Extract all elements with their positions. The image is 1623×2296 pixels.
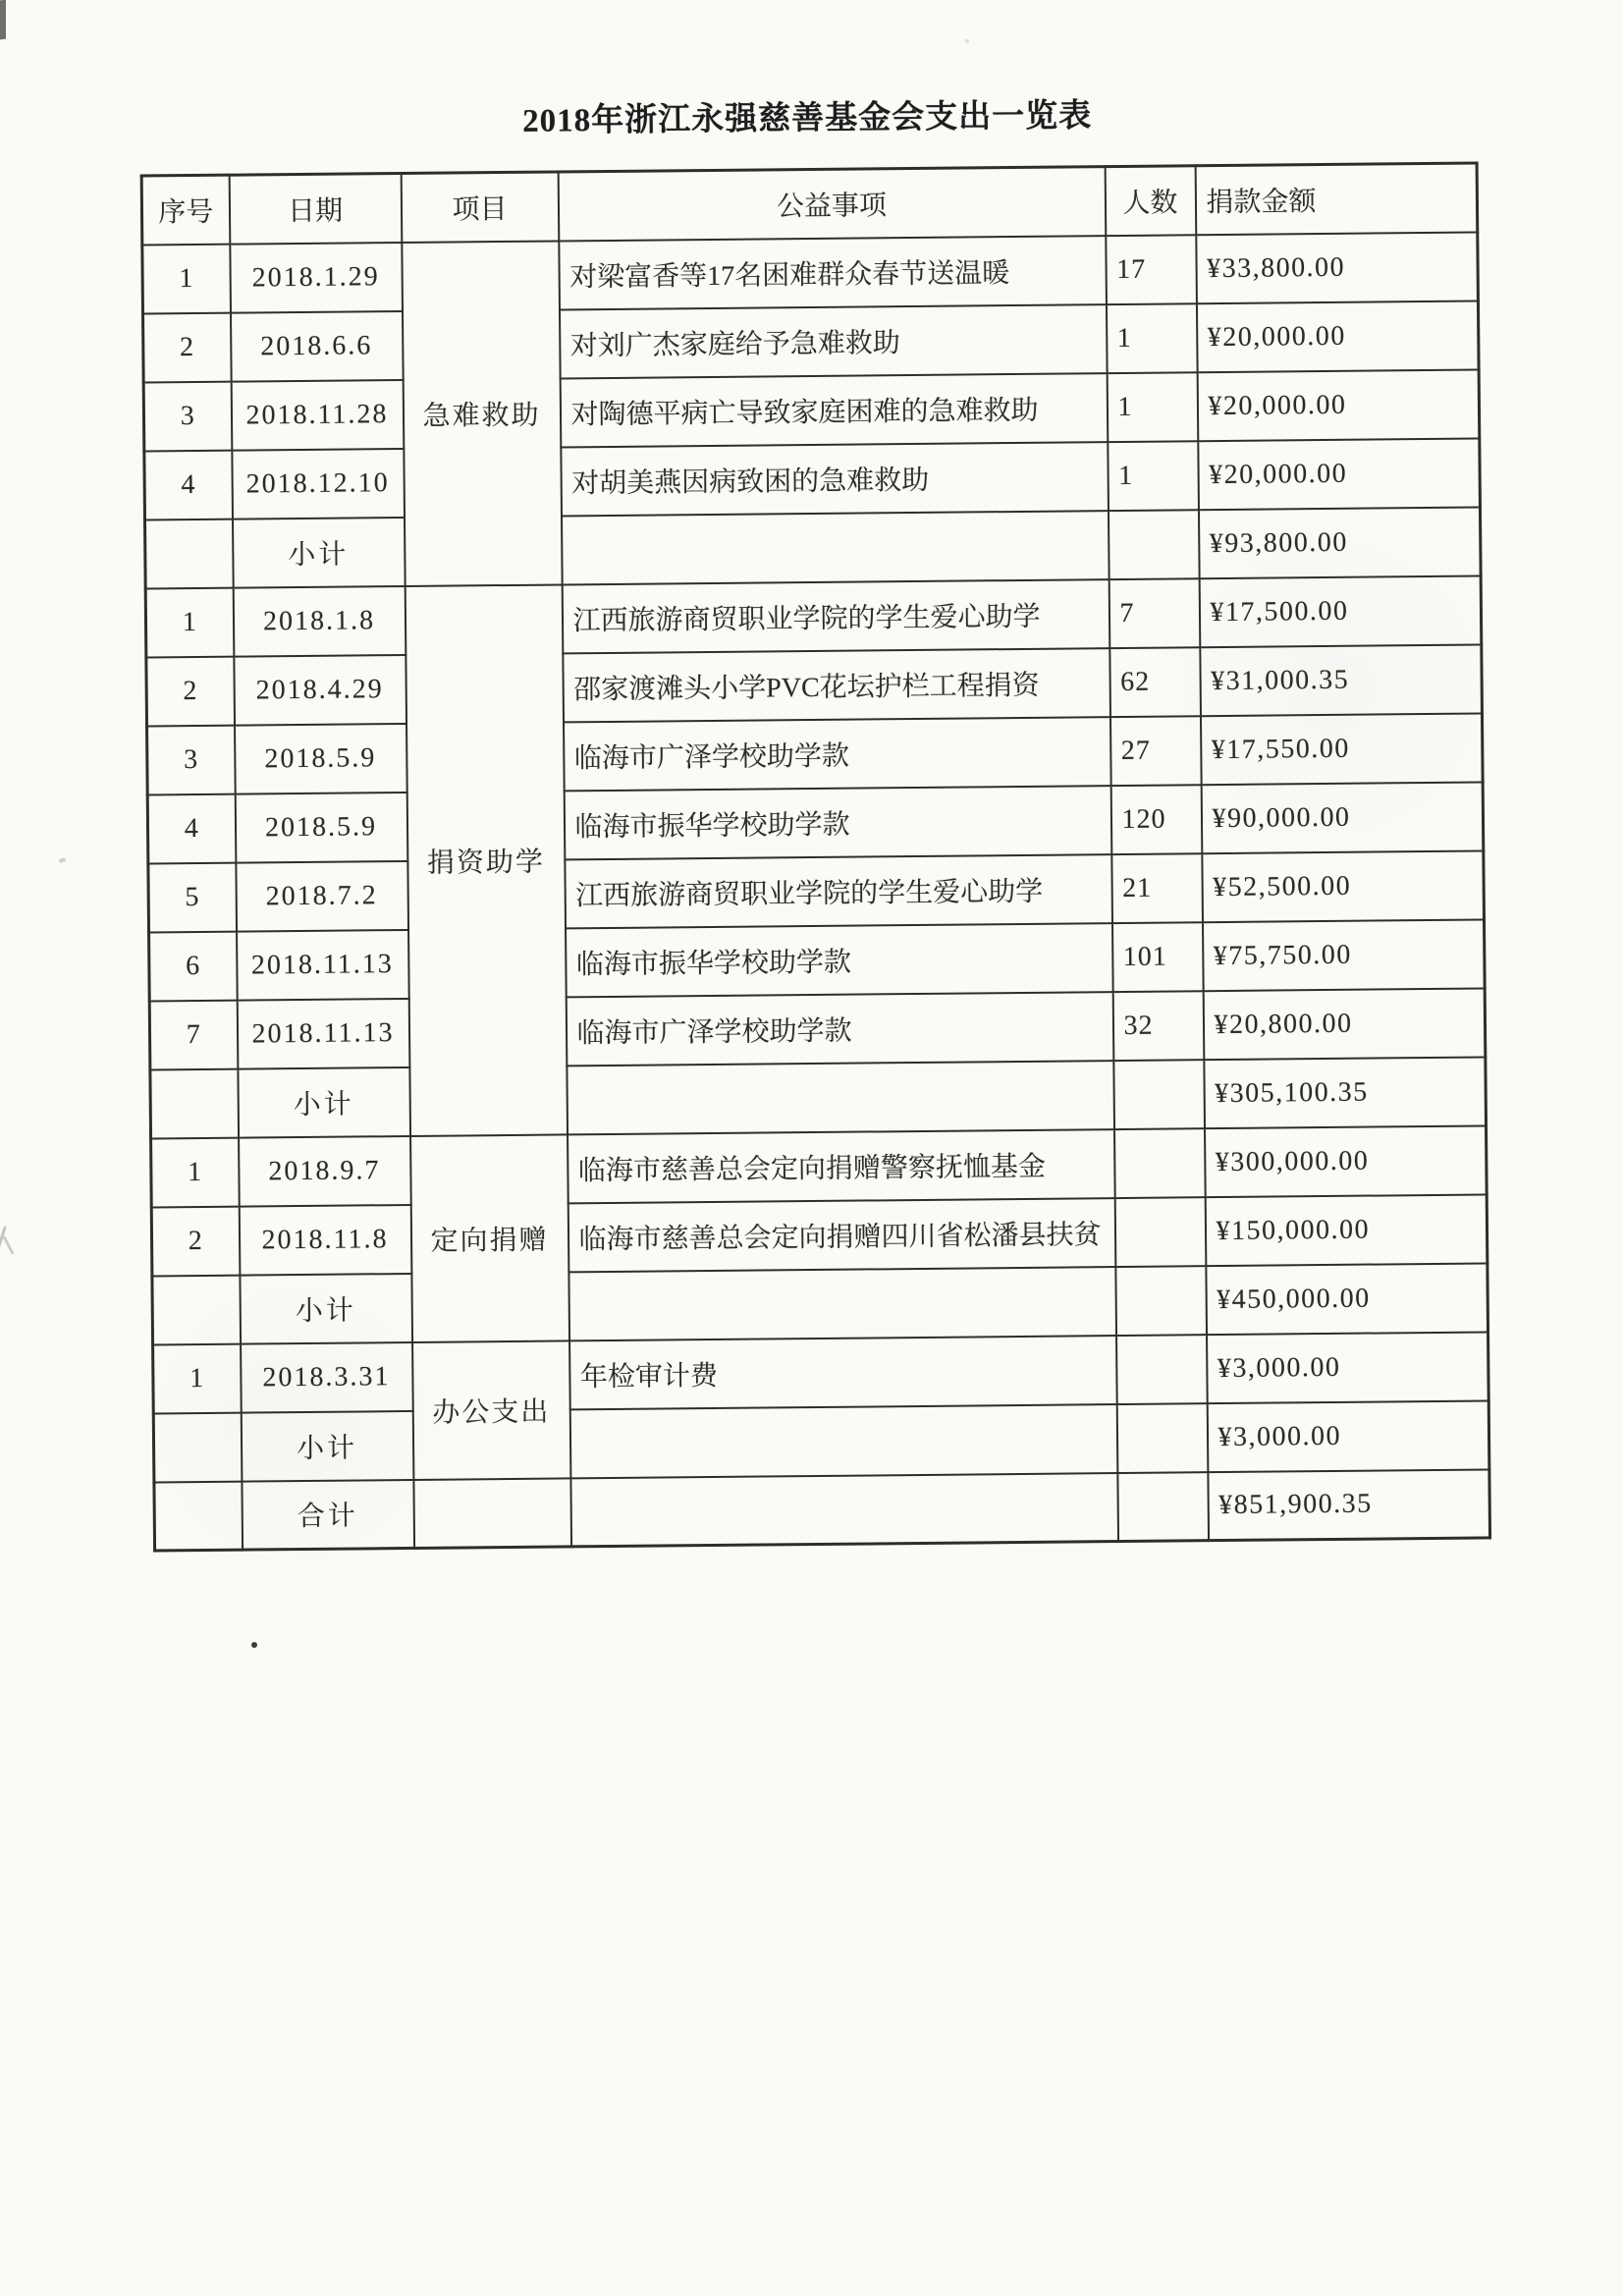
cell-item: 邵家渡滩头小学PVC花坛护栏工程捐资 xyxy=(563,648,1110,722)
cell-item: 江西旅游商贸职业学院的学生爱心助学 xyxy=(565,854,1112,928)
cell-amount: ¥17,500.00 xyxy=(1199,575,1482,647)
cell-item: 临海市广泽学校助学款 xyxy=(564,717,1111,791)
cell-item: 对梁富香等17名困难群众春节送温暖 xyxy=(559,236,1107,309)
cell-subtotal-amount: ¥450,000.00 xyxy=(1206,1263,1488,1335)
table-row: 6 2018.11.13 临海市振华学校助学款 101 ¥75,750.00 xyxy=(149,919,1486,1001)
cell-no: 6 xyxy=(149,931,238,1001)
cell-project xyxy=(413,1478,571,1549)
cell-count: 62 xyxy=(1109,647,1201,717)
table-row: 1 2018.1.8 捐资助学 江西旅游商贸职业学院的学生爱心助学 7 ¥17,… xyxy=(145,575,1482,657)
cell-date: 2018.7.2 xyxy=(236,860,408,931)
edge-smudge-artifact xyxy=(2,1235,14,1254)
cell-no xyxy=(153,1412,242,1482)
cell-count: 120 xyxy=(1110,785,1202,854)
cell-date: 2018.11.28 xyxy=(231,379,404,450)
edge-smudge-artifact xyxy=(0,1226,7,1251)
cell-amount: ¥17,550.00 xyxy=(1200,713,1483,785)
scan-tilt-wrapper: 2018年浙江永强慈善基金会支出一览表 序号 日期 项目 公益事项 人数 捐款金… xyxy=(139,89,1488,1553)
cell-subtotal-amount: ¥3,000.00 xyxy=(1207,1400,1489,1472)
table-row: 4 2018.12.10 对胡美燕因病致困的急难救助 1 ¥20,000.00 xyxy=(144,438,1481,519)
page-title: 2018年浙江永强慈善基金会支出一览表 xyxy=(139,89,1475,149)
subtotal-row: 小计 ¥305,100.35 xyxy=(150,1057,1487,1138)
cell-amount: ¥20,800.00 xyxy=(1203,988,1486,1060)
cell-no: 2 xyxy=(146,656,235,726)
cell-no: 4 xyxy=(144,450,233,519)
cell-item: 年检审计费 xyxy=(569,1336,1117,1409)
cell-no xyxy=(145,519,234,588)
cell-count xyxy=(1114,1128,1206,1198)
col-header-date: 日期 xyxy=(229,174,402,245)
cell-subtotal-label: 小计 xyxy=(238,1066,410,1137)
cell-count: 1 xyxy=(1107,372,1198,442)
cell-amount: ¥75,750.00 xyxy=(1202,919,1485,991)
table-row: 1 2018.1.29 急难救助 对梁富香等17名困难群众春节送温暖 17 ¥3… xyxy=(142,232,1479,313)
table-row: 7 2018.11.13 临海市广泽学校助学款 32 ¥20,800.00 xyxy=(149,988,1486,1069)
cell-date: 2018.11.8 xyxy=(239,1204,411,1275)
table-header-row: 序号 日期 项目 公益事项 人数 捐款金额 xyxy=(141,163,1478,245)
cell-item xyxy=(570,1473,1118,1547)
table-row: 4 2018.5.9 临海市振华学校助学款 120 ¥90,000.00 xyxy=(147,782,1484,863)
cell-count: 1 xyxy=(1108,441,1199,511)
cell-item xyxy=(568,1267,1116,1340)
cell-no: 1 xyxy=(145,587,234,657)
cell-no: 4 xyxy=(147,793,236,863)
cell-item: 对胡美燕因病致困的急难救助 xyxy=(561,442,1109,516)
cell-amount: ¥20,000.00 xyxy=(1196,301,1479,372)
cell-no: 2 xyxy=(142,312,231,382)
cell-item xyxy=(567,1061,1114,1134)
subtotal-row: 小计 ¥450,000.00 xyxy=(152,1263,1488,1344)
cell-no: 2 xyxy=(151,1206,240,1276)
cell-count: 21 xyxy=(1111,853,1203,923)
scan-corner-artifact xyxy=(0,0,6,39)
cell-count: 101 xyxy=(1111,922,1203,992)
cell-no: 1 xyxy=(142,244,231,313)
scan-speck xyxy=(59,857,67,863)
cell-no: 3 xyxy=(147,725,236,794)
total-row: 合计 ¥851,900.35 xyxy=(154,1469,1490,1551)
cell-date: 2018.5.9 xyxy=(235,792,407,862)
cell-no: 3 xyxy=(143,381,232,451)
cell-item xyxy=(569,1404,1117,1478)
cell-amount: ¥150,000.00 xyxy=(1205,1194,1488,1266)
cell-count: 7 xyxy=(1109,578,1200,648)
cell-count: 1 xyxy=(1106,303,1197,373)
table-row: 3 2018.5.9 临海市广泽学校助学款 27 ¥17,550.00 xyxy=(147,713,1484,794)
cell-amount: ¥33,800.00 xyxy=(1196,232,1479,303)
subtotal-row: 小计 ¥93,800.00 xyxy=(145,507,1482,588)
cell-item: 临海市振华学校助学款 xyxy=(566,923,1113,997)
cell-count xyxy=(1113,1060,1205,1129)
cell-amount: ¥52,500.00 xyxy=(1202,850,1485,922)
cell-no xyxy=(154,1481,243,1551)
col-header-count: 人数 xyxy=(1105,166,1196,236)
table-row: 5 2018.7.2 江西旅游商贸职业学院的学生爱心助学 21 ¥52,500.… xyxy=(148,850,1485,932)
cell-subtotal-label: 小计 xyxy=(233,517,406,587)
cell-project: 急难救助 xyxy=(402,241,562,586)
cell-count xyxy=(1116,1335,1208,1404)
cell-date: 2018.1.29 xyxy=(230,243,403,313)
cell-item xyxy=(561,511,1109,584)
cell-total-amount: ¥851,900.35 xyxy=(1208,1469,1490,1541)
cell-amount: ¥20,000.00 xyxy=(1197,369,1480,441)
cell-count: 27 xyxy=(1109,716,1201,786)
cell-total-label: 合计 xyxy=(242,1479,414,1550)
cell-project: 定向捐赠 xyxy=(410,1134,569,1342)
cell-subtotal-amount: ¥93,800.00 xyxy=(1198,507,1481,578)
expense-table: 序号 日期 项目 公益事项 人数 捐款金额 1 2018.1.29 急难救助 对… xyxy=(140,161,1491,1552)
cell-amount: ¥31,000.35 xyxy=(1200,644,1483,716)
table-row: 1 2018.9.7 定向捐赠 临海市慈善总会定向捐赠警察抚恤基金 ¥300,0… xyxy=(151,1125,1488,1207)
scanned-page: 2018年浙江永强慈善基金会支出一览表 序号 日期 项目 公益事项 人数 捐款金… xyxy=(0,0,1623,2296)
cell-no: 1 xyxy=(151,1137,240,1207)
cell-no xyxy=(152,1275,241,1344)
subtotal-row: 小计 ¥3,000.00 xyxy=(153,1400,1489,1482)
table-row: 2 2018.6.6 对刘广杰家庭给予急难救助 1 ¥20,000.00 xyxy=(142,301,1479,382)
cell-count: 32 xyxy=(1112,991,1204,1061)
cell-no: 5 xyxy=(148,862,237,932)
cell-date: 2018.11.13 xyxy=(237,929,409,1000)
col-header-item: 公益事项 xyxy=(558,167,1106,241)
cell-item: 临海市慈善总会定向捐赠警察抚恤基金 xyxy=(568,1129,1115,1203)
cell-date: 2018.4.29 xyxy=(234,654,406,725)
ink-dot-artifact xyxy=(251,1642,257,1648)
cell-subtotal-label: 小计 xyxy=(241,1410,413,1481)
table-row: 2 2018.11.8 临海市慈善总会定向捐赠四川省松潘县扶贫 ¥150,000… xyxy=(151,1194,1488,1276)
cell-item: 临海市慈善总会定向捐赠四川省松潘县扶贫 xyxy=(568,1198,1115,1272)
cell-no: 1 xyxy=(153,1343,242,1413)
cell-amount: ¥3,000.00 xyxy=(1207,1332,1489,1403)
cell-item: 对刘广杰家庭给予急难救助 xyxy=(559,304,1107,378)
cell-item: 临海市广泽学校助学款 xyxy=(566,992,1113,1066)
cell-no xyxy=(150,1068,239,1138)
cell-date: 2018.11.13 xyxy=(237,998,409,1068)
cell-subtotal-label: 小计 xyxy=(240,1273,412,1343)
scan-speck xyxy=(965,39,969,43)
cell-date: 2018.3.31 xyxy=(241,1341,413,1412)
cell-count xyxy=(1114,1197,1206,1267)
cell-item: 对陶德平病亡导致家庭困难的急难救助 xyxy=(560,373,1108,447)
cell-amount: ¥20,000.00 xyxy=(1198,438,1481,510)
table-row: 1 2018.3.31 办公支出 年检审计费 ¥3,000.00 xyxy=(153,1332,1489,1413)
cell-count xyxy=(1108,510,1199,579)
cell-no: 7 xyxy=(149,1000,238,1069)
cell-amount: ¥300,000.00 xyxy=(1205,1125,1488,1197)
cell-count xyxy=(1116,1403,1208,1473)
cell-item: 江西旅游商贸职业学院的学生爱心助学 xyxy=(562,579,1109,653)
cell-amount: ¥90,000.00 xyxy=(1201,782,1484,853)
col-header-no: 序号 xyxy=(141,175,230,245)
cell-item: 临海市振华学校助学款 xyxy=(564,786,1111,859)
cell-count xyxy=(1115,1266,1207,1336)
cell-project: 捐资助学 xyxy=(405,584,567,1136)
cell-date: 2018.6.6 xyxy=(230,311,403,382)
cell-date: 2018.12.10 xyxy=(232,448,405,519)
cell-date: 2018.1.8 xyxy=(233,585,406,656)
cell-subtotal-amount: ¥305,100.35 xyxy=(1204,1057,1487,1128)
cell-date: 2018.5.9 xyxy=(235,723,407,793)
cell-date: 2018.9.7 xyxy=(239,1135,411,1206)
table-row: 3 2018.11.28 对陶德平病亡导致家庭困难的急难救助 1 ¥20,000… xyxy=(143,369,1480,451)
cell-count xyxy=(1117,1472,1209,1542)
col-header-project: 项目 xyxy=(401,172,559,243)
cell-count: 17 xyxy=(1106,235,1197,304)
cell-project: 办公支出 xyxy=(412,1340,570,1480)
table-row: 2 2018.4.29 邵家渡滩头小学PVC花坛护栏工程捐资 62 ¥31,00… xyxy=(146,644,1483,726)
col-header-amount: 捐款金额 xyxy=(1195,163,1478,235)
